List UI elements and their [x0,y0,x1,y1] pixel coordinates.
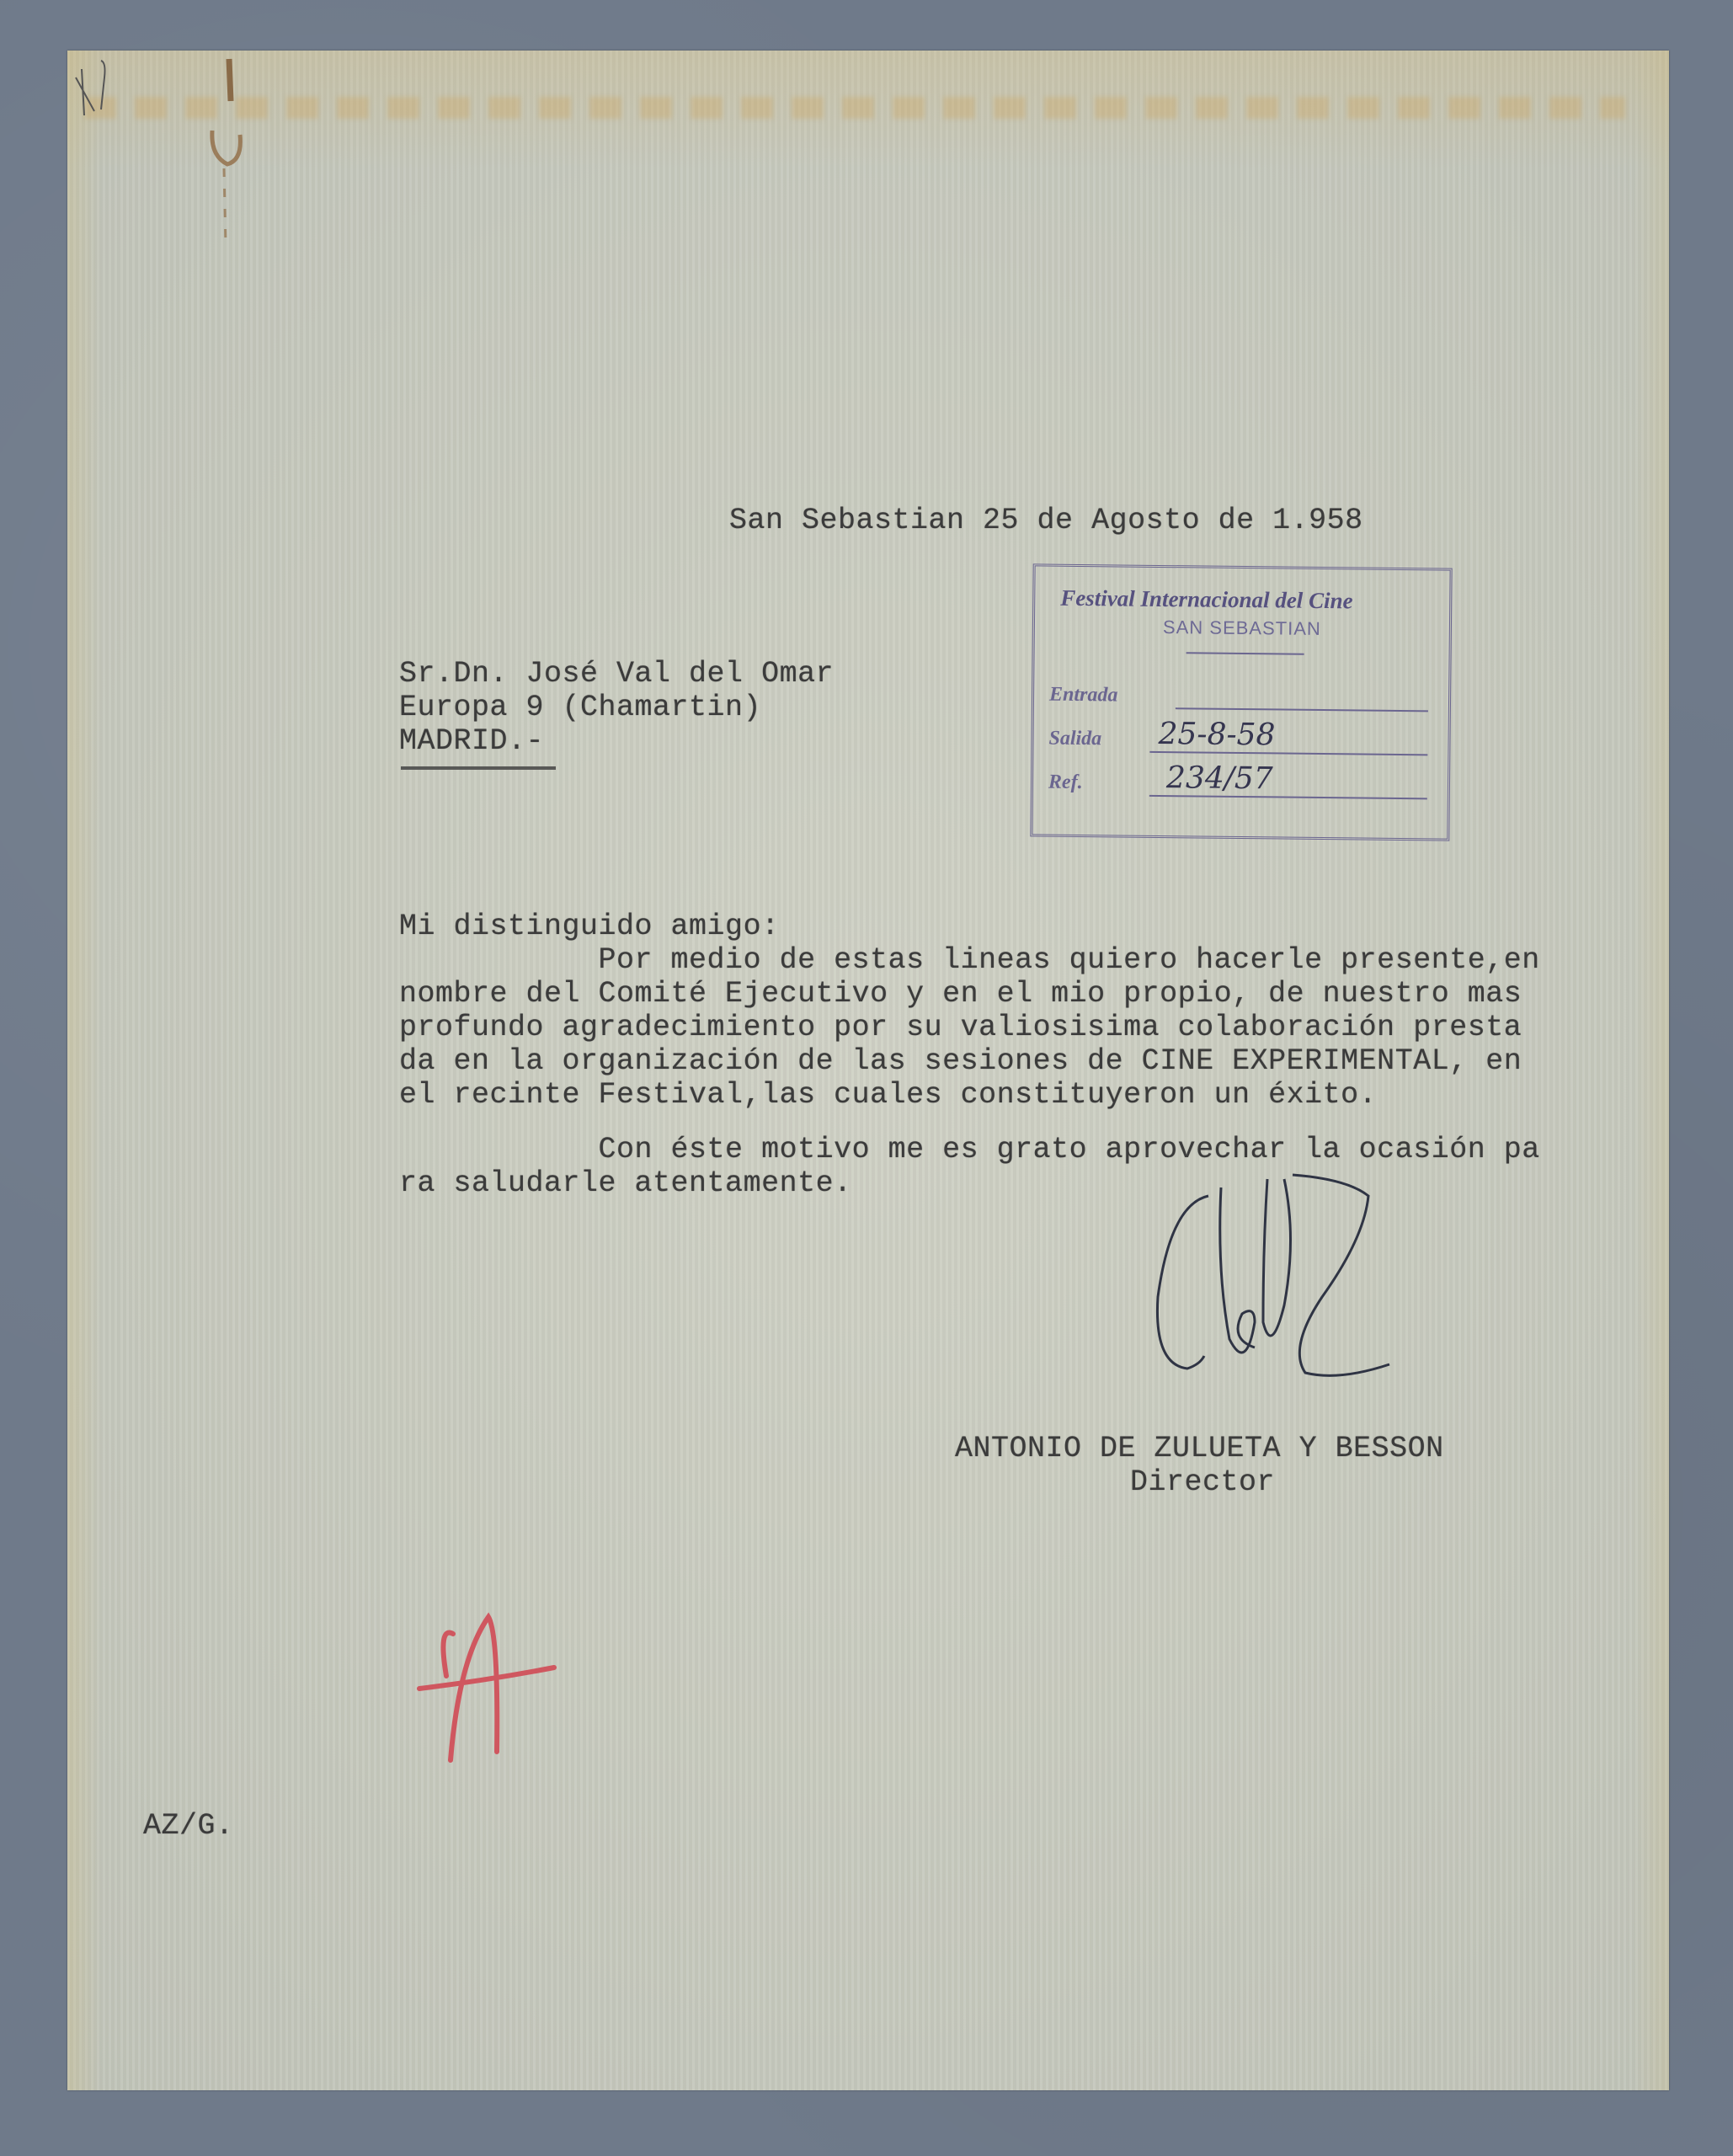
rust-mark-icon [194,51,295,269]
signatory-name: ANTONIO DE ZULUETA Y BESSON [955,1432,1444,1465]
stamp-subtitle: SAN SEBASTIAN [1035,615,1449,641]
place-date: San Sebastian 25 de Agosto de 1.958 [729,504,1363,537]
red-pencil-a-mark-icon [413,1609,564,1769]
salutation: Mi distinguido amigo: [399,910,780,943]
stamp-salida-label: Salida [1048,728,1101,751]
stamp-salida-line [1149,751,1427,755]
body-line-3: profundo agradecimiento por su valiosisi… [399,1011,1522,1044]
stamp-entrada-line [1176,707,1428,712]
body-line-1: Por medio de estas lineas quiero hacerle… [399,943,1540,977]
stamp-salida-value: 25-8-58 [1158,717,1275,752]
recipient-address: Europa 9 (Chamartin) [399,691,761,724]
typist-initials: AZ/G. [143,1809,234,1843]
signatory-title: Director [1130,1465,1275,1499]
body-line-5: el recinte Festival,las cuales constituy… [399,1078,1377,1112]
closing-line-2: ra saludarle atentamente. [399,1166,852,1200]
stamp-rule [1186,652,1304,654]
closing-line-1: Con éste motivo me es grato aprovechar l… [399,1133,1540,1166]
stamp-ref-line [1149,795,1427,799]
stamp-row-ref: Ref. 234/57 [1048,764,1436,802]
recipient-name: Sr.Dn. José Val del Omar [399,657,834,691]
recipient-underline [401,766,556,770]
registry-stamp: Festival Internacional del Cine SAN SEBA… [1030,563,1452,841]
handwritten-signature-icon [1137,1171,1440,1390]
stamp-ref-value: 234/57 [1166,760,1273,796]
stamp-title: Festival Internacional del Cine [1060,585,1353,615]
body-line-2: nombre del Comité Ejecutivo y en el mio … [399,977,1522,1011]
stamp-ref-label: Ref. [1048,771,1083,794]
recipient-city: MADRID.- [399,724,544,758]
pencil-corner-mark-icon [69,52,120,128]
rust-stain-strip [84,97,1625,119]
body-line-4: da en la organización de las sesiones de… [399,1044,1522,1078]
stamp-row-salida: Salida 25-8-58 [1048,720,1436,758]
stamp-entrada-label: Entrada [1049,684,1118,707]
stamp-row-entrada: Entrada [1049,676,1437,714]
